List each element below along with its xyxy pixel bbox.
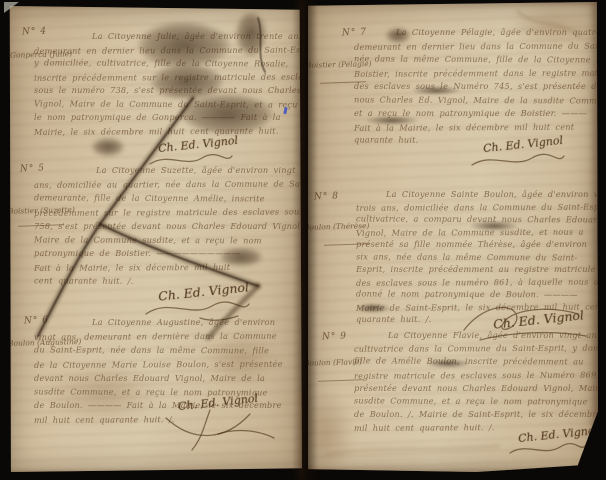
entry-number: N° 4 — [22, 27, 47, 38]
ink-blot — [356, 303, 390, 313]
entry-number: N° 9 — [322, 332, 347, 343]
manuscript-line: donné le nom patronymique de Boulon. ———… — [356, 287, 594, 301]
entry-margin-name: Boulon (Augustine) — [8, 337, 81, 348]
manuscript-line: présenté sa fille nommée Thérèse, âgée d… — [356, 238, 594, 251]
manuscript-line: cent quarante huit. /. — [34, 275, 296, 290]
manuscript-line: des esclaves sous le Numéro 745, s'est p… — [354, 80, 594, 94]
manuscript-line: susdite Commune, et a reçu le nom patron… — [34, 385, 296, 400]
manuscript-line: sous le numéro 738, s'est présentée deva… — [34, 84, 296, 98]
mayor-signature: Ch. Ed. Vignol — [483, 134, 564, 155]
margin-underline — [318, 379, 364, 382]
entry-text: La Citoyenne Sainte Boulon, âgée d'envir… — [356, 188, 594, 326]
manuscript-line: de la Citoyenne Marie Louise Boulon, s'e… — [34, 357, 296, 372]
manuscript-line: 758, s'est présentée devant nous Charles… — [34, 220, 296, 234]
manuscript-line: inscrite précédemment sur le registre ma… — [34, 70, 296, 85]
foxing-stain — [508, 4, 598, 48]
entry-margin-name: Boistier (Suzette) — [8, 205, 75, 216]
signature-flourish-icon — [458, 300, 590, 348]
manuscript-line: mil huit cent quarante huit. /. — [354, 421, 592, 435]
manuscript-line: susdite Commune, et a reçu le nom patron… — [354, 394, 592, 408]
manuscript-line: de Boulon. ———— Fait à la Mairie, le six… — [34, 399, 296, 413]
manuscript-line: Vignol, Maire de la Commune du Saint-Esp… — [34, 97, 296, 112]
manuscript-line: devant nous Charles Edouard Vignol, Mair… — [34, 372, 296, 386]
foxing-stain — [204, 332, 280, 386]
entry-margin-name: Gonperca (Julie) — [10, 49, 72, 60]
ghost-swirl-lines — [308, 2, 598, 472]
foxing-stain — [44, 362, 164, 426]
ink-stain — [220, 248, 262, 266]
margin-underline — [18, 224, 64, 227]
entry-margin-name: Boulon (Thérèse) — [304, 221, 370, 232]
crack-stain-lines — [8, 6, 302, 472]
manuscript-line: Esprit, inscrite précédemment au registr… — [356, 263, 594, 276]
mayor-signature: Ch. Ed. Vignol — [492, 307, 584, 331]
manuscript-line: demeurante, fille de la Citoyenne Amélie… — [34, 191, 296, 206]
manuscript-line: fille de Amélie Boulon, inscrite précéde… — [354, 355, 592, 369]
ink-blot — [470, 221, 518, 231]
manuscript-line: Fait à la Mairie, le six décembre mil hu… — [354, 120, 594, 135]
manuscript-line: Boistier, inscrite précédemment dans le … — [354, 66, 594, 81]
entry-margin-name: Boulon (Flavie) — [304, 357, 362, 368]
entry-number: N° 5 — [20, 164, 45, 175]
manuscript-line: Mairie, le six décembre mil huit cent qu… — [34, 124, 296, 139]
manuscript-line: quarante huit. — [354, 133, 594, 148]
ink-blot — [426, 359, 470, 368]
manuscript-line: de Boulon. /. Mairie de Saint-Esprit, le… — [354, 408, 592, 421]
manuscript-line: du Saint-Esprit, née dans la même Commun… — [34, 343, 296, 358]
manuscript-line: La Citoyenne Suzette, âgée d'environ vin… — [34, 164, 296, 178]
manuscript-line: patronymique de Boistier. —————————— — [34, 247, 296, 261]
manuscript-line: demeurant en dernier lieu dans la Commun… — [34, 43, 296, 58]
register-entry-5: N° 5 Boistier (Suzette) La Citoyenne Suz… — [8, 6, 302, 472]
ink-stain — [92, 138, 124, 156]
ink-blot — [366, 116, 418, 125]
scanned-register-spread: N° 4 Gonperca (Julie) La Citoyenne Julie… — [0, 0, 606, 480]
manuscript-line: demeurant en dernier lieu dans la Commun… — [354, 39, 594, 54]
entry-number: N° 7 — [342, 28, 367, 39]
ink-stain — [236, 12, 266, 56]
register-entry-4: N° 4 Gonperca (Julie) La Citoyenne Julie… — [8, 6, 302, 472]
manuscript-line: trois ans, domiciliée dans la Commune du… — [356, 200, 594, 214]
manuscript-line: La Citoyenne Julie, âgée d'environ trent… — [34, 30, 296, 44]
entry-text: La Citoyenne Flavie, âgée d'environ ving… — [354, 329, 592, 435]
ink-blot — [412, 86, 460, 95]
signature-flourish-icon — [158, 408, 278, 452]
signature-flourish-icon — [508, 440, 588, 460]
manuscript-line: La Citoyenne Sainte Boulon, âgée d'envir… — [356, 188, 594, 201]
signature-flourish-icon — [470, 150, 566, 172]
ink-bleedthrough-texture — [308, 2, 598, 472]
ink-stain — [151, 64, 223, 100]
ink-stain — [138, 22, 230, 68]
ink-bleedthrough-texture — [8, 6, 302, 472]
manuscript-line: née dans la même Commune, fille de la Ci… — [354, 52, 594, 67]
manuscript-line: présentée devant nous Charles Edouard Vi… — [354, 382, 592, 395]
register-entry-6: N° 6 Boulon (Augustine) La Citoyenne Aug… — [8, 6, 302, 472]
manuscript-line: Fait à la Mairie, le six décembre mil hu… — [34, 261, 296, 276]
manuscript-line: registre matricule des esclaves sous le … — [354, 368, 592, 382]
entry-text: La Citoyenne Augustine, âgée d'environvi… — [34, 316, 296, 427]
entry-text: La Citoyenne Suzette, âgée d'environ vin… — [34, 164, 296, 289]
manuscript-line: cultivatrice dans la Commune du Saint-Es… — [354, 342, 592, 356]
blue-ink-mark — [283, 107, 287, 114]
entry-margin-name: Boistier (Pélagie) — [306, 59, 372, 70]
manuscript-line: ans, domiciliée au quartier, née dans la… — [34, 178, 296, 193]
manuscript-line: le nom patronymique de Gonperca. ———— Fa… — [34, 111, 296, 125]
manuscript-line: cultivatrice, a comparu devant nous Char… — [356, 212, 594, 226]
manuscript-line: Mairie de Saint-Esprit, le six décembre … — [356, 300, 594, 314]
manuscript-line: Maire de la Commune susdite, et a reçu l… — [34, 233, 296, 248]
ink-stain — [386, 28, 410, 43]
margin-underline — [320, 81, 366, 84]
manuscript-line: et a reçu le nom patronymique de Boistie… — [354, 107, 594, 121]
register-entry-9: N° 9 Boulon (Flavie) La Citoyenne Flavie… — [308, 2, 598, 472]
entry-number: N° 6 — [24, 316, 49, 327]
register-page-left: N° 4 Gonperca (Julie) La Citoyenne Julie… — [8, 6, 302, 472]
mayor-signature: Ch. Ed. Vignol — [157, 279, 249, 303]
mayor-signature: Ch. Ed. Vignol — [518, 424, 599, 445]
register-entry-7: N° 7 Boistier (Pélagie) La Citoyenne Pél… — [308, 2, 598, 472]
manuscript-line: vingt ans, demeurant en dernière dans la… — [34, 330, 296, 345]
manuscript-line: La Citoyenne Flavie, âgée d'environ ving… — [354, 329, 592, 342]
manuscript-line: précédemment sur le registre matricule d… — [34, 205, 296, 220]
mayor-signature: Ch. Ed. Vignol — [178, 392, 259, 413]
ink-stain — [181, 94, 273, 134]
manuscript-line: y domiciliée, cultivatrice, fille de la … — [34, 56, 296, 71]
entry-text: La Citoyenne Pélagie, âgée d'environ qua… — [354, 26, 594, 148]
manuscript-line: six ans, née dans la même Commune du Sai… — [356, 250, 594, 264]
corner-stain — [302, 392, 354, 476]
manuscript-line: mil huit cent quarante huit. /. — [34, 413, 296, 428]
register-entry-8: N° 8 Boulon (Thérèse) La Citoyenne Saint… — [308, 2, 598, 472]
manuscript-line: des esclaves sous le numéro 861, à laque… — [356, 275, 594, 289]
manuscript-line: nous Charles Ed. Vignol, Maire de la sus… — [354, 93, 594, 108]
manuscript-line: La Citoyenne Augustine, âgée d'environ — [34, 316, 296, 330]
signature-flourish-icon — [148, 150, 234, 170]
margin-underline — [324, 243, 370, 246]
manuscript-line: La Citoyenne Pélagie, âgée d'environ qua… — [354, 26, 594, 40]
manuscript-line: quarante huit. /. — [356, 313, 594, 326]
entry-number: N° 8 — [314, 192, 339, 203]
signature-flourish-icon — [142, 296, 252, 322]
manuscript-line: Vignol, Maire de la Commune susdite, et … — [356, 225, 594, 239]
mayor-signature: Ch. Ed. Vignol — [158, 134, 239, 155]
entry-text: La Citoyenne Julie, âgée d'environ trent… — [34, 30, 296, 138]
register-page-right: N° 7 Boistier (Pélagie) La Citoyenne Pél… — [308, 2, 598, 472]
